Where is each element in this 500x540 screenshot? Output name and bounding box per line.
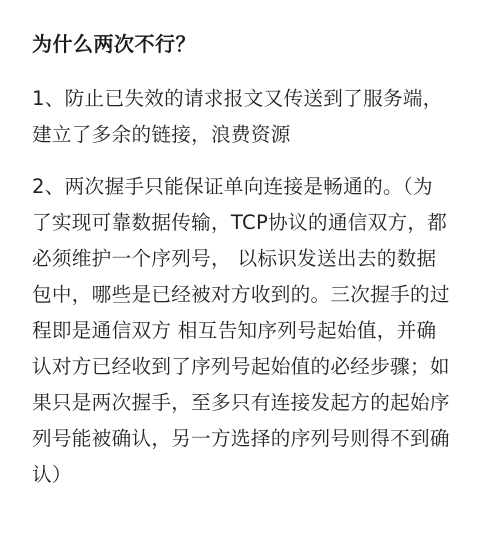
paragraph-reason-1: 1、防止已失效的请求报文又传送到了服务端， 建立了多余的链接，浪费资源 (32, 81, 443, 153)
text-line: 1、防止已失效的请求报文又传送到了服务端， (32, 81, 443, 117)
text-line: 列号能被确认，另一方选择的序列号则得不到确 (32, 421, 450, 457)
page-title: 为什么两次不行？ (32, 29, 196, 59)
text-line: 2、两次握手只能保证单向连接是畅通的。（为 (32, 169, 450, 205)
text-line: 包中，哪些是已经被对方收到的。三次握手的过 (32, 277, 450, 313)
text-line: 认对方已经收到了序列号起始值的必经步骤；如 (32, 349, 450, 385)
text-line: 认） (32, 457, 450, 493)
text-line: 果只是两次握手，至多只有连接发起方的起始序 (32, 385, 450, 421)
text-line: 建立了多余的链接，浪费资源 (32, 117, 443, 153)
text-line: 必须维护一个序列号， 以标识发送出去的数据 (32, 241, 450, 277)
text-line: 了实现可靠数据传输，TCP协议的通信双方，都 (32, 205, 450, 241)
paragraph-reason-2: 2、两次握手只能保证单向连接是畅通的。（为 了实现可靠数据传输，TCP协议的通信… (32, 169, 450, 493)
text-line: 程即是通信双方 相互告知序列号起始值，并确 (32, 313, 450, 349)
